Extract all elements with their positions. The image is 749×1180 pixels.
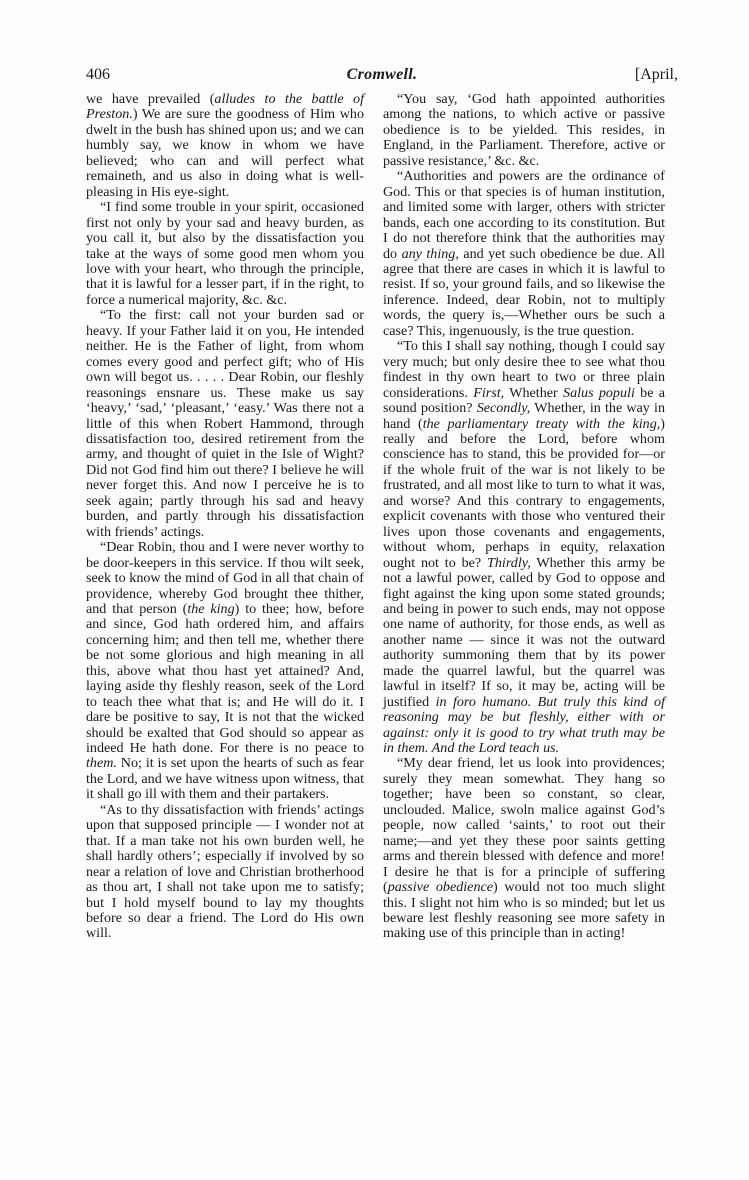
- text-run: “I find some trouble in your spirit, occ…: [86, 199, 364, 308]
- paragraph: “I find some trouble in your spirit, occ…: [86, 200, 364, 308]
- text-run: “As to thy dissatisfaction with friends’…: [86, 802, 364, 942]
- text-run: Whether: [504, 385, 563, 401]
- text-run: “My dear friend, let us look into provid…: [383, 755, 665, 895]
- paragraph: we have prevailed (alludes to the battle…: [86, 92, 364, 200]
- italic-text: Secondly,: [477, 400, 531, 416]
- text-run: “To the first: call not your burden sad …: [86, 307, 364, 539]
- italic-text: Thirdly,: [487, 555, 531, 571]
- running-header: 406 Cromwell. [April,: [86, 66, 678, 90]
- text-run: Whether this army be not a lawful power,…: [383, 555, 665, 710]
- book-page: 406 Cromwell. [April, we have prevailed …: [0, 0, 749, 1180]
- italic-text: the parliamentary treaty with the king,: [423, 416, 661, 432]
- text-run: No; it is set upon the hearts of such as…: [86, 755, 364, 802]
- paragraph: “To this I shall say nothing, though I c…: [383, 339, 665, 756]
- paragraph: “My dear friend, let us look into provid…: [383, 756, 665, 941]
- paragraph: “Dear Robin, thou and I were never worth…: [86, 540, 364, 803]
- italic-text: any thing,: [402, 246, 459, 262]
- italic-text: Salus populi: [563, 385, 635, 401]
- italic-text: the king: [187, 601, 234, 617]
- paragraph: “To the first: call not your burden sad …: [86, 308, 364, 540]
- paragraph: “As to thy dissatisfaction with friends’…: [86, 803, 364, 942]
- left-column: we have prevailed (alludes to the battle…: [86, 92, 364, 942]
- paragraph: “Authorities and powers are the ordinanc…: [383, 169, 665, 339]
- running-title: Cromwell.: [86, 66, 678, 84]
- text-run: ) really and before the Lord, before who…: [383, 416, 665, 571]
- right-column: “You say, ‘God hath appointed authoritie…: [383, 92, 665, 942]
- running-month: [April,: [635, 66, 678, 84]
- text-run: “You say, ‘God hath appointed authoritie…: [383, 91, 665, 169]
- text-run: ) to thee; how, before and since, God ha…: [86, 601, 364, 756]
- italic-text: passive obedience: [388, 879, 493, 895]
- paragraph: “You say, ‘God hath appointed authoritie…: [383, 92, 665, 169]
- italic-text: them.: [86, 755, 117, 771]
- text-run: we have prevailed (: [86, 91, 214, 107]
- italic-text: First,: [473, 385, 504, 401]
